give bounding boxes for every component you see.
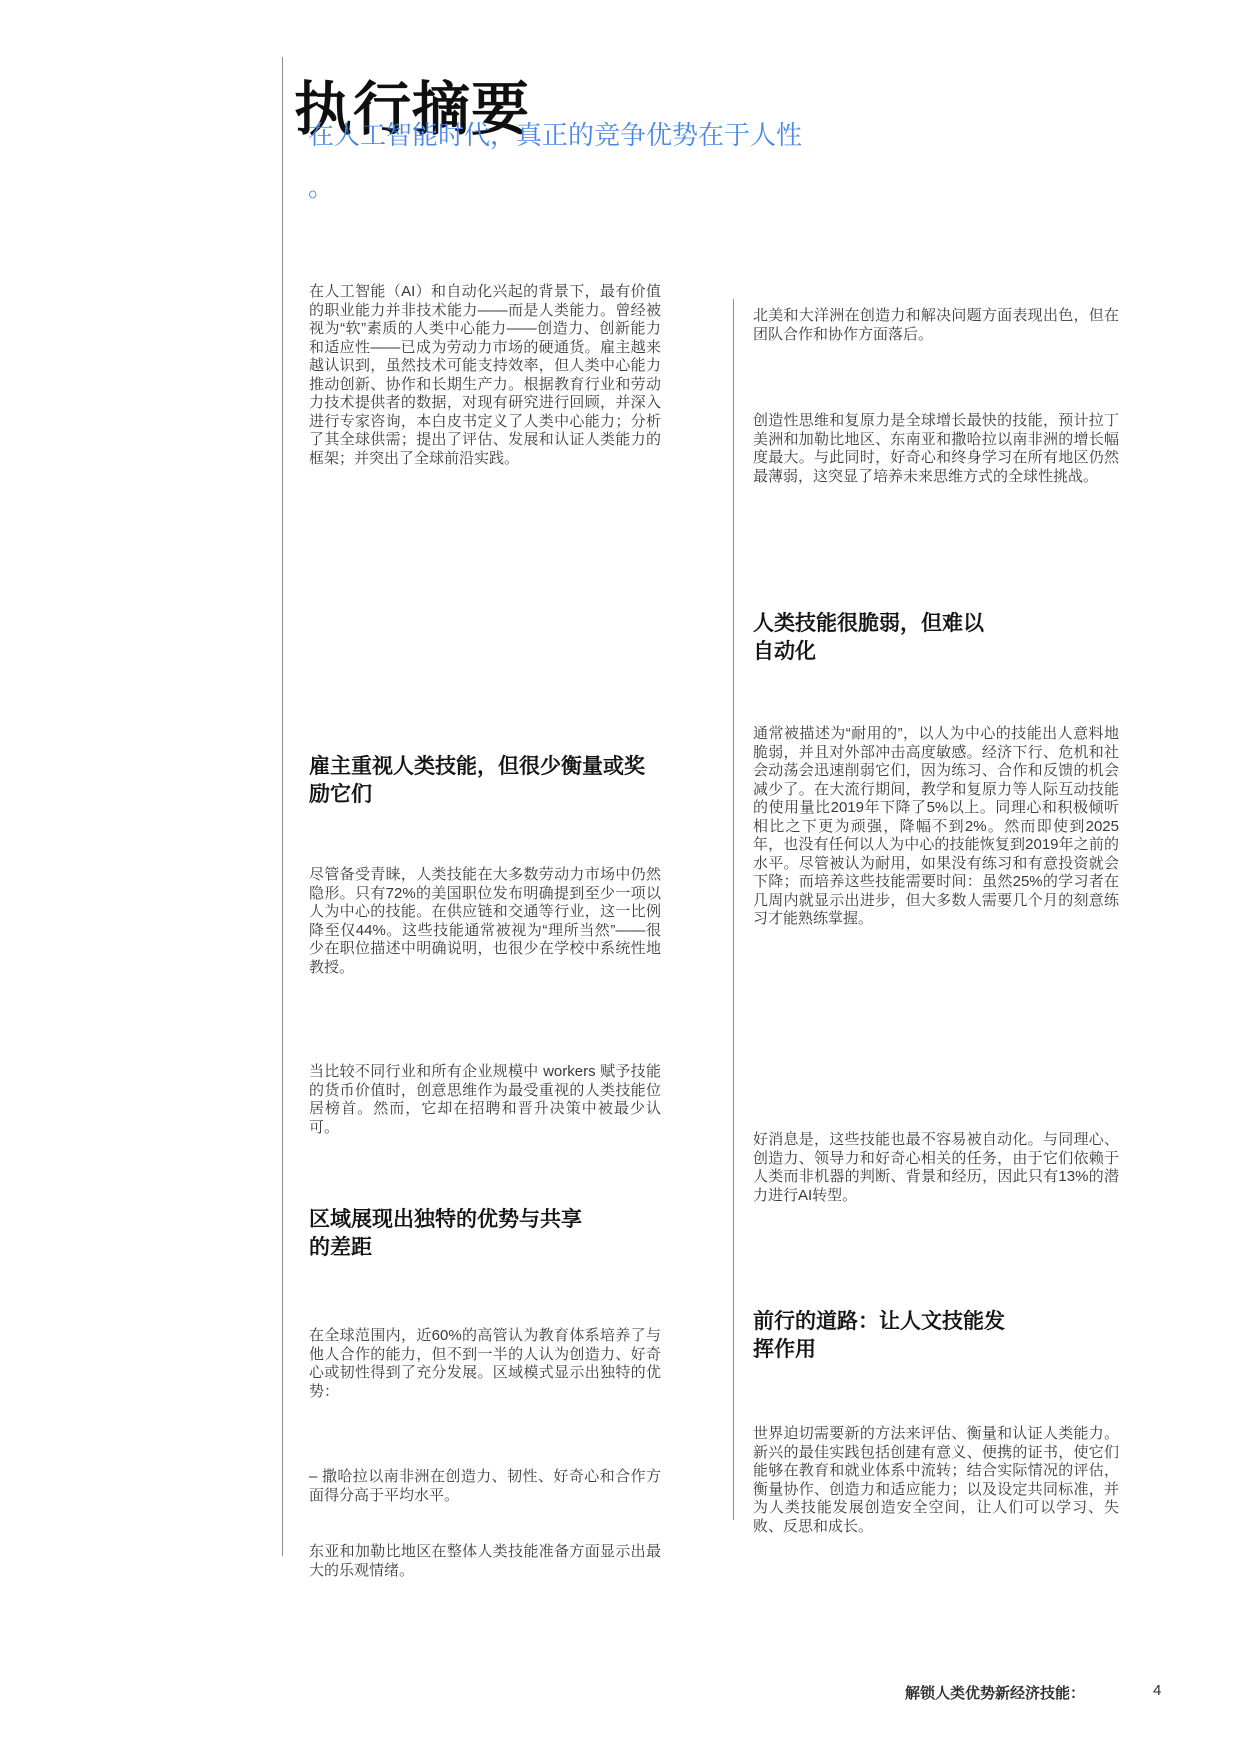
- intro-paragraph: 在人工智能（AI）和自动化兴起的背景下，最有价值的职业能力并非技术能力——而是人…: [309, 283, 661, 468]
- heading-regions-line2: 的差距: [309, 1234, 582, 1262]
- regions-bullet-item: – 撒哈拉以南非洲在创造力、韧性、好奇心和合作方面得分高于平均水平。: [309, 1468, 661, 1505]
- heading-regions: 区域展现出独特的优势与共享 的差距: [309, 1206, 582, 1262]
- fragile-skills-paragraph-2: 好消息是，这些技能也最不容易被自动化。与同理心、创造力、领导力和好奇心相关的任务…: [753, 1131, 1119, 1205]
- document-page: 执行摘要 在人工智能时代，真正的竞争优势在于人性 。 在人工智能（AI）和自动化…: [0, 0, 1241, 1754]
- heading-path-forward-line2: 挥作用: [753, 1336, 1005, 1364]
- right-paragraph-1: 北美和大洋洲在创造力和解决问题方面表现出色，但在团队合作和协作方面落后。: [753, 307, 1119, 344]
- heading-employers-line1: 雇主重视人类技能，但很少衡量或奖: [309, 753, 645, 781]
- regions-paragraph-1: 在全球范围内，近60%的高管认为教育体系培养了与他人合作的能力，但不到一半的人认…: [309, 1327, 661, 1401]
- heading-employers: 雇主重视人类技能，但很少衡量或奖 励它们: [309, 753, 645, 809]
- heading-path-forward-line1: 前行的道路：让人文技能发: [753, 1308, 1005, 1336]
- path-forward-paragraph-1: 世界迫切需要新的方法来评估、衡量和认证人类能力。新兴的最佳实践包括创建有意义、便…: [753, 1425, 1119, 1536]
- page-subtitle-line1: 在人工智能时代，真正的竞争优势在于人性: [308, 120, 802, 151]
- right-paragraph-2: 创造性思维和复原力是全球增长最快的技能，预计拉丁美洲和加勒比地区、东南亚和撒哈拉…: [753, 412, 1119, 486]
- employers-paragraph-2: 当比较不同行业和所有企业规模中 workers 赋予技能的货币价值时，创意思维作…: [309, 1063, 661, 1137]
- footer-page-number: 4: [1153, 1682, 1161, 1699]
- heading-employers-line2: 励它们: [309, 781, 645, 809]
- heading-fragile-skills-line2: 自动化: [753, 638, 984, 666]
- left-margin-rule: [282, 57, 283, 1556]
- fragile-skills-paragraph-1: 通常被描述为“耐用的”，以人为中心的技能出人意料地脆弱，并且对外部冲击高度敏感。…: [753, 725, 1119, 929]
- heading-fragile-skills-line1: 人类技能很脆弱，但难以: [753, 610, 984, 638]
- heading-regions-line1: 区域展现出独特的优势与共享: [309, 1206, 582, 1234]
- employers-paragraph-1: 尽管备受青睐，人类技能在大多数劳动力市场中仍然隐形。只有72%的美国职位发布明确…: [309, 866, 661, 977]
- heading-fragile-skills: 人类技能很脆弱，但难以 自动化: [753, 610, 984, 666]
- footer-report-title: 解锁人类优势新经济技能：: [905, 1682, 1085, 1703]
- page-subtitle-line2: 。: [308, 172, 334, 203]
- column-divider-rule: [733, 299, 734, 1520]
- regions-paragraph-2: 东亚和加勒比地区在整体人类技能准备方面显示出最大的乐观情绪。: [309, 1543, 661, 1580]
- heading-path-forward: 前行的道路：让人文技能发 挥作用: [753, 1308, 1005, 1364]
